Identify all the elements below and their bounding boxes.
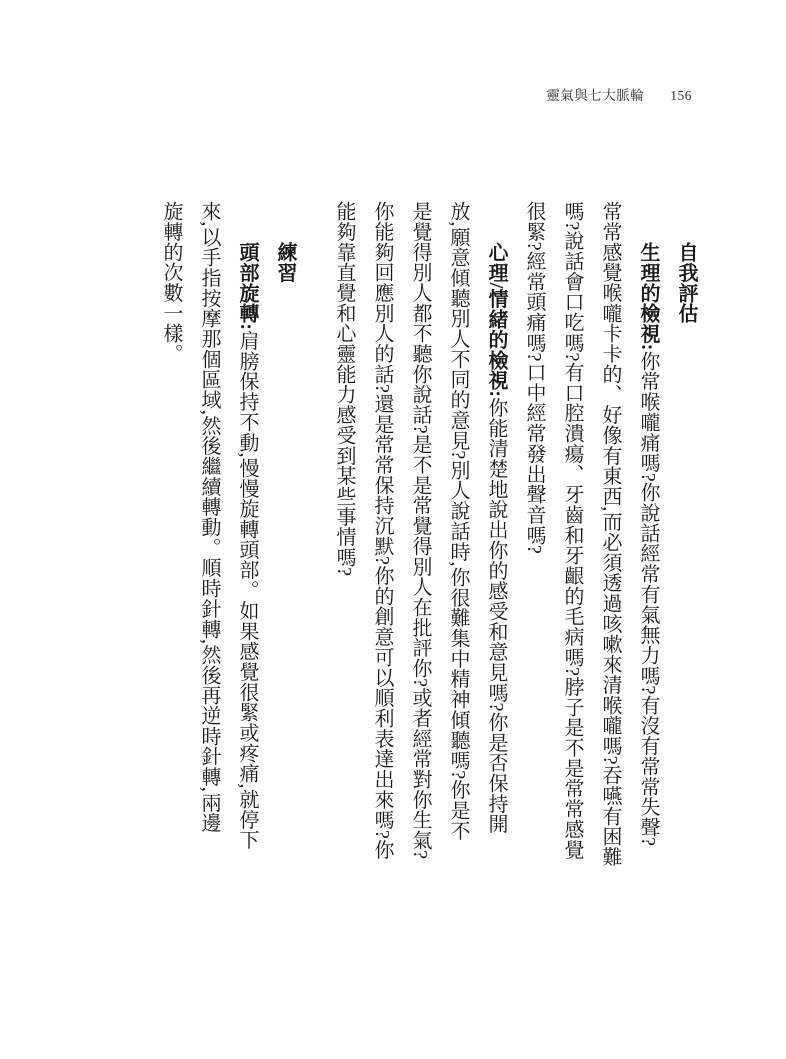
column-text: 旋轉的次數一樣。 (160, 201, 182, 364)
text-column-mental-check-2: 放,願意傾聽別人不同的意見?別人說話時,你很難集中精神傾聽嗎?你是不 (439, 201, 477, 895)
text-column-physical-check-1: 生理的檢視:你常喉嚨痛嗎?你說話經常有氣無力嗎?有沒有常常失聲? (629, 201, 667, 895)
column-text: 來,以手指按摩那個區域,然後繼續轉動。順時針轉,然後再逆時針轉,兩邊 (198, 201, 220, 833)
body-text: 自我評估 生理的檢視:你常喉嚨痛嗎?你說話經常有氣無力嗎?有沒有常常失聲? 常常… (152, 201, 705, 895)
text-column-physical-check-2: 常常感覺喉嚨卡卡的、好像有東西,而必須透過咳嗽來清喉嚨嗎?吞嚥有困難 (591, 201, 629, 895)
page-number: 156 (670, 88, 692, 104)
column-text: 很緊?經常頭痛嗎?口中經常發出聲音嗎? (523, 201, 545, 554)
book-page: 靈氣與七大脈輪 156 自我評估 生理的檢視:你常喉嚨痛嗎?你說話經常有氣無力嗎… (0, 0, 786, 1059)
text-column-mental-check-5: 能夠靠直覺和心靈能力感受到某些事情嗎? (325, 201, 363, 895)
column-text: 肩膀保持不動,慢慢旋轉頭部。如果感覺很緊或疼痛,就停下 (236, 330, 258, 849)
paragraph-lead-mental-check: 心理/情緒的檢視: (485, 242, 507, 397)
running-head: 靈氣與七大脈輪 156 (546, 84, 692, 104)
paragraph-lead-physical-check: 生理的檢視: (637, 242, 659, 351)
text-column-head-rotation-3: 旋轉的次數一樣。 (152, 201, 190, 895)
column-text: 能夠靠直覺和心靈能力感受到某些事情嗎? (333, 201, 355, 577)
section-heading-text: 練習 (274, 242, 296, 283)
text-column-head-rotation-2: 來,以手指按摩那個區域,然後繼續轉動。順時針轉,然後再逆時針轉,兩邊 (190, 201, 228, 895)
column-text: 常常感覺喉嚨卡卡的、好像有東西,而必須透過咳嗽來清喉嚨嗎?吞嚥有困難 (599, 201, 621, 867)
text-column-head-rotation-1: 頭部旋轉:肩膀保持不動,慢慢旋轉頭部。如果感覺很緊或疼痛,就停下 (228, 201, 266, 895)
column-text: 你能清楚地說出你的感受和意見嗎?你是否保持開 (485, 397, 507, 834)
text-column-physical-check-4: 很緊?經常頭痛嗎?口中經常發出聲音嗎? (515, 201, 553, 895)
text-column-mental-check-4: 你能夠回應別人的話?還是常常保持沉默?你的創意可以順利表達出來嗎?你 (363, 201, 401, 895)
text-column-physical-check-3: 嗎?說話會口吃嗎?有口腔潰瘍、牙齒和牙齦的毛病嗎?脖子是不是常常感覺 (553, 201, 591, 895)
column-text: 是覺得別人都不聽你說話?是不是常覺得別人在批評你?或者經常對你生氣? (409, 201, 431, 860)
book-title: 靈氣與七大脈輪 (546, 84, 644, 104)
section-heading-self-assessment: 自我評估 (667, 201, 705, 895)
column-text: 放,願意傾聽別人不同的意見?別人說話時,你很難集中精神傾聽嗎?你是不 (447, 201, 469, 841)
column-text: 你能夠回應別人的話?還是常常保持沉默?你的創意可以順利表達出來嗎?你 (371, 201, 393, 860)
section-heading-exercise: 練習 (266, 201, 304, 895)
column-text: 你常喉嚨痛嗎?你說話經常有氣無力嗎?有沒有常常失聲? (637, 351, 659, 847)
section-heading-text: 自我評估 (675, 242, 697, 323)
paragraph-lead-head-rotation: 頭部旋轉: (236, 242, 258, 330)
column-text: 嗎?說話會口吃嗎?有口腔潰瘍、牙齒和牙齦的毛病嗎?脖子是不是常常感覺 (561, 201, 583, 860)
text-column-mental-check-3: 是覺得別人都不聽你說話?是不是常覺得別人在批評你?或者經常對你生氣? (401, 201, 439, 895)
text-column-mental-check-1: 心理/情緒的檢視:你能清楚地說出你的感受和意見嗎?你是否保持開 (477, 201, 515, 895)
